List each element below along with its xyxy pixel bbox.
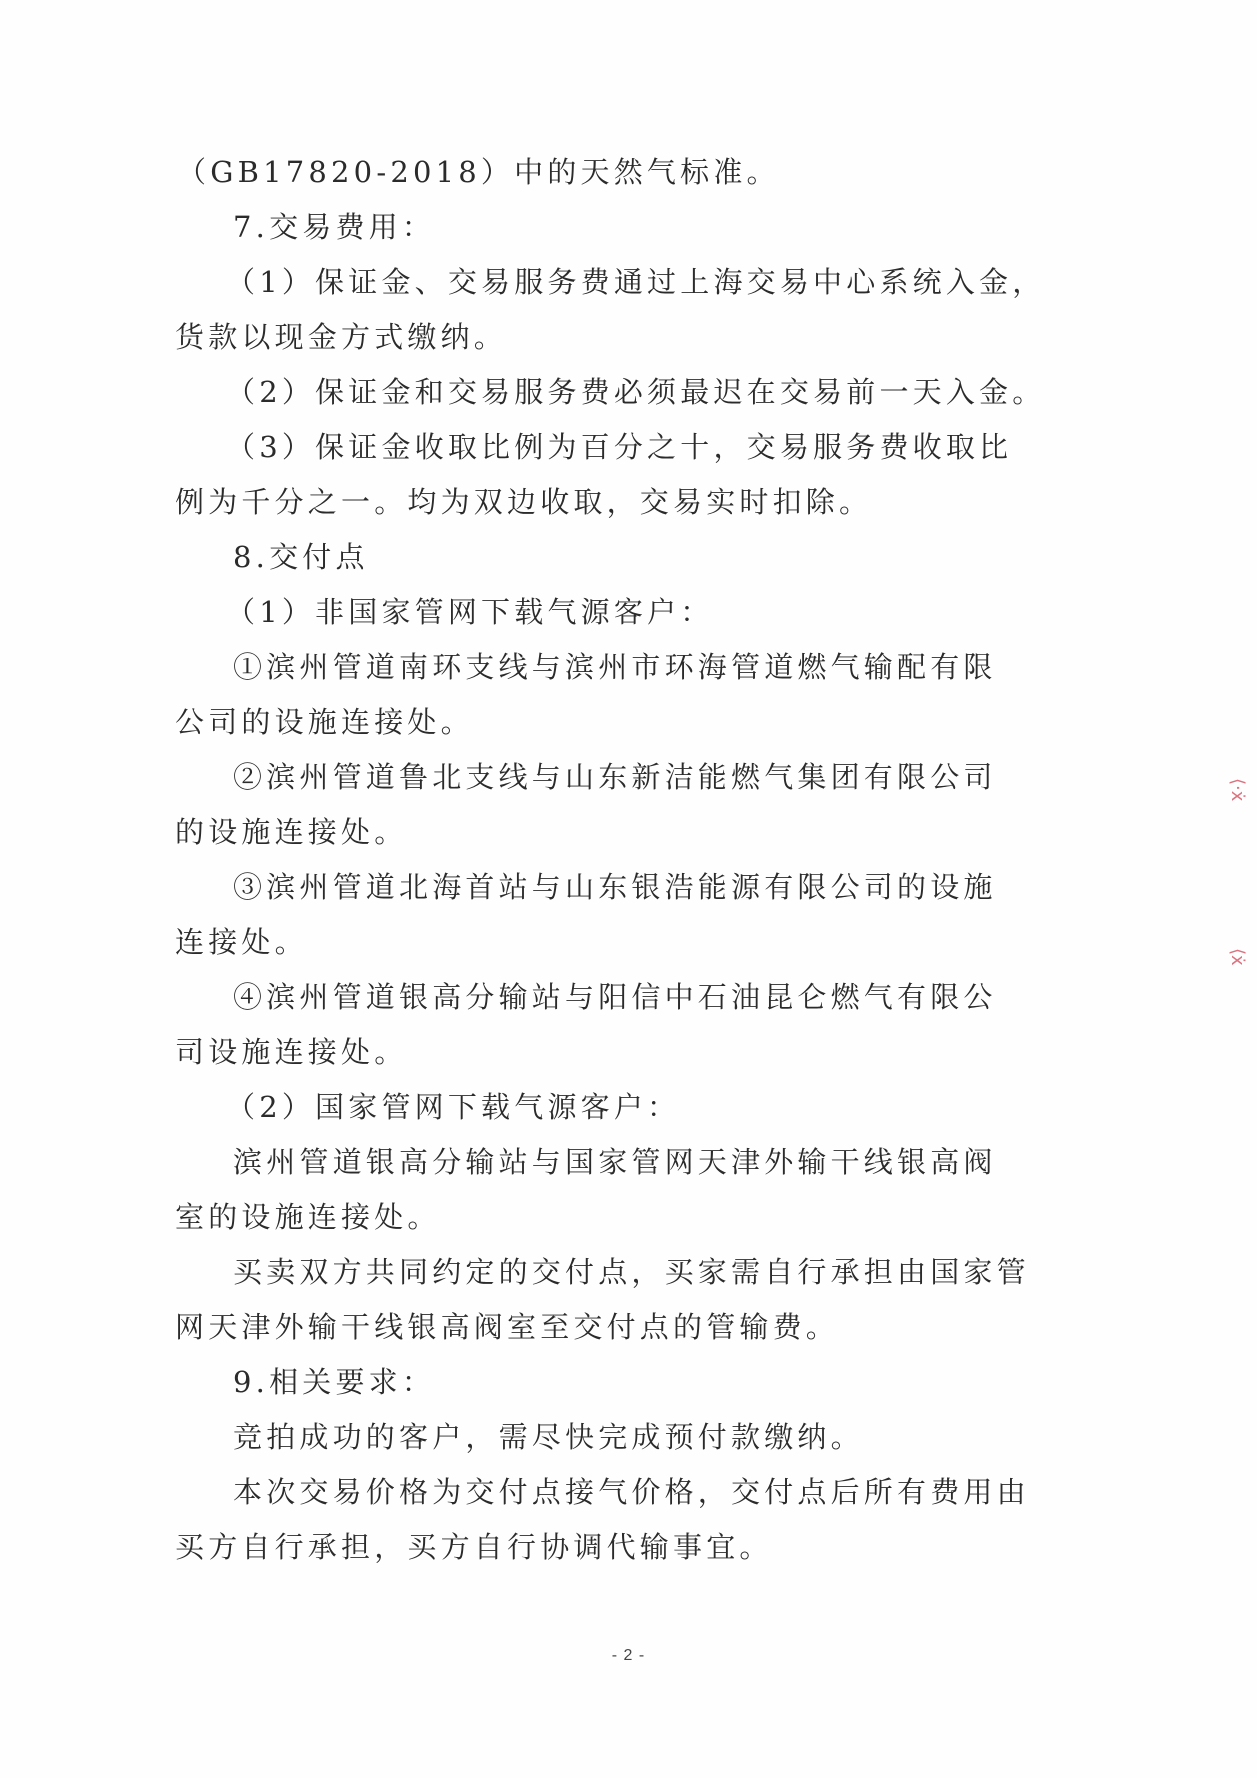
paragraph-line-delivery-3-cont: 连接处。 [175, 922, 308, 962]
paragraph-line-standard-ref: （GB17820-2018）中的天然气标准。 [177, 152, 780, 192]
paragraph-line-price-terms-cont: 买方自行承担，买方自行协调代输事宜。 [175, 1527, 773, 1567]
seal-stamp-fragment-bottom: ⟨ẋ [1228, 948, 1246, 966]
subheading-national-pipeline-customers: （2）国家管网下载气源客户： [226, 1087, 680, 1127]
paragraph-line-fee-item-3-cont: 例为千分之一。均为双边收取，交易实时扣除。 [175, 482, 872, 522]
paragraph-line-fee-item-1-cont: 货款以现金方式缴纳。 [175, 317, 507, 357]
paragraph-line-fee-item-3: （3）保证金收取比例为百分之十，交易服务费收取比 [226, 427, 1012, 467]
paragraph-line-delivery-4-cont: 司设施连接处。 [175, 1032, 407, 1072]
seal-stamp-fragment-top: ⟨·ẋ [1228, 778, 1246, 801]
paragraph-line-fee-item-2: （2）保证金和交易服务费必须最迟在交易前一天入金。 [226, 372, 1045, 412]
section-heading-8-delivery-point: 8.交付点 [233, 537, 369, 577]
paragraph-line-national-delivery: 滨州管道银高分输站与国家管网天津外输干线银高阀 [233, 1142, 997, 1182]
paragraph-line-agreed-delivery: 买卖双方共同约定的交付点，买家需自行承担由国家管 [233, 1252, 1030, 1292]
paragraph-line-delivery-4: ④滨州管道银高分输站与阳信中石油昆仑燃气有限公 [233, 977, 997, 1017]
section-heading-7-trading-fees: 7.交易费用： [233, 207, 435, 247]
paragraph-line-price-terms: 本次交易价格为交付点接气价格，交付点后所有费用由 [233, 1472, 1030, 1512]
paragraph-line-delivery-1: ①滨州管道南环支线与滨州市环海管道燃气输配有限 [233, 647, 997, 687]
subheading-non-national-pipeline-customers: （1）非国家管网下载气源客户： [226, 592, 713, 632]
paragraph-line-fee-item-1: （1）保证金、交易服务费通过上海交易中心系统入金， [226, 262, 1045, 302]
document-page: （GB17820-2018）中的天然气标准。 7.交易费用： （1）保证金、交易… [0, 0, 1257, 1778]
paragraph-line-delivery-2-cont: 的设施连接处。 [175, 812, 407, 852]
paragraph-line-agreed-delivery-cont: 网天津外输干线银高阀室至交付点的管输费。 [175, 1307, 839, 1347]
section-heading-9-requirements: 9.相关要求： [233, 1362, 435, 1402]
paragraph-line-national-delivery-cont: 室的设施连接处。 [175, 1197, 441, 1237]
paragraph-line-delivery-3: ③滨州管道北海首站与山东银浩能源有限公司的设施 [233, 867, 997, 907]
paragraph-line-prepayment: 竞拍成功的客户，需尽快完成预付款缴纳。 [233, 1417, 864, 1457]
paragraph-line-delivery-1-cont: 公司的设施连接处。 [175, 702, 474, 742]
page-number: - 2 - [0, 1647, 1257, 1665]
paragraph-line-delivery-2: ②滨州管道鲁北支线与山东新洁能燃气集团有限公司 [233, 757, 997, 797]
